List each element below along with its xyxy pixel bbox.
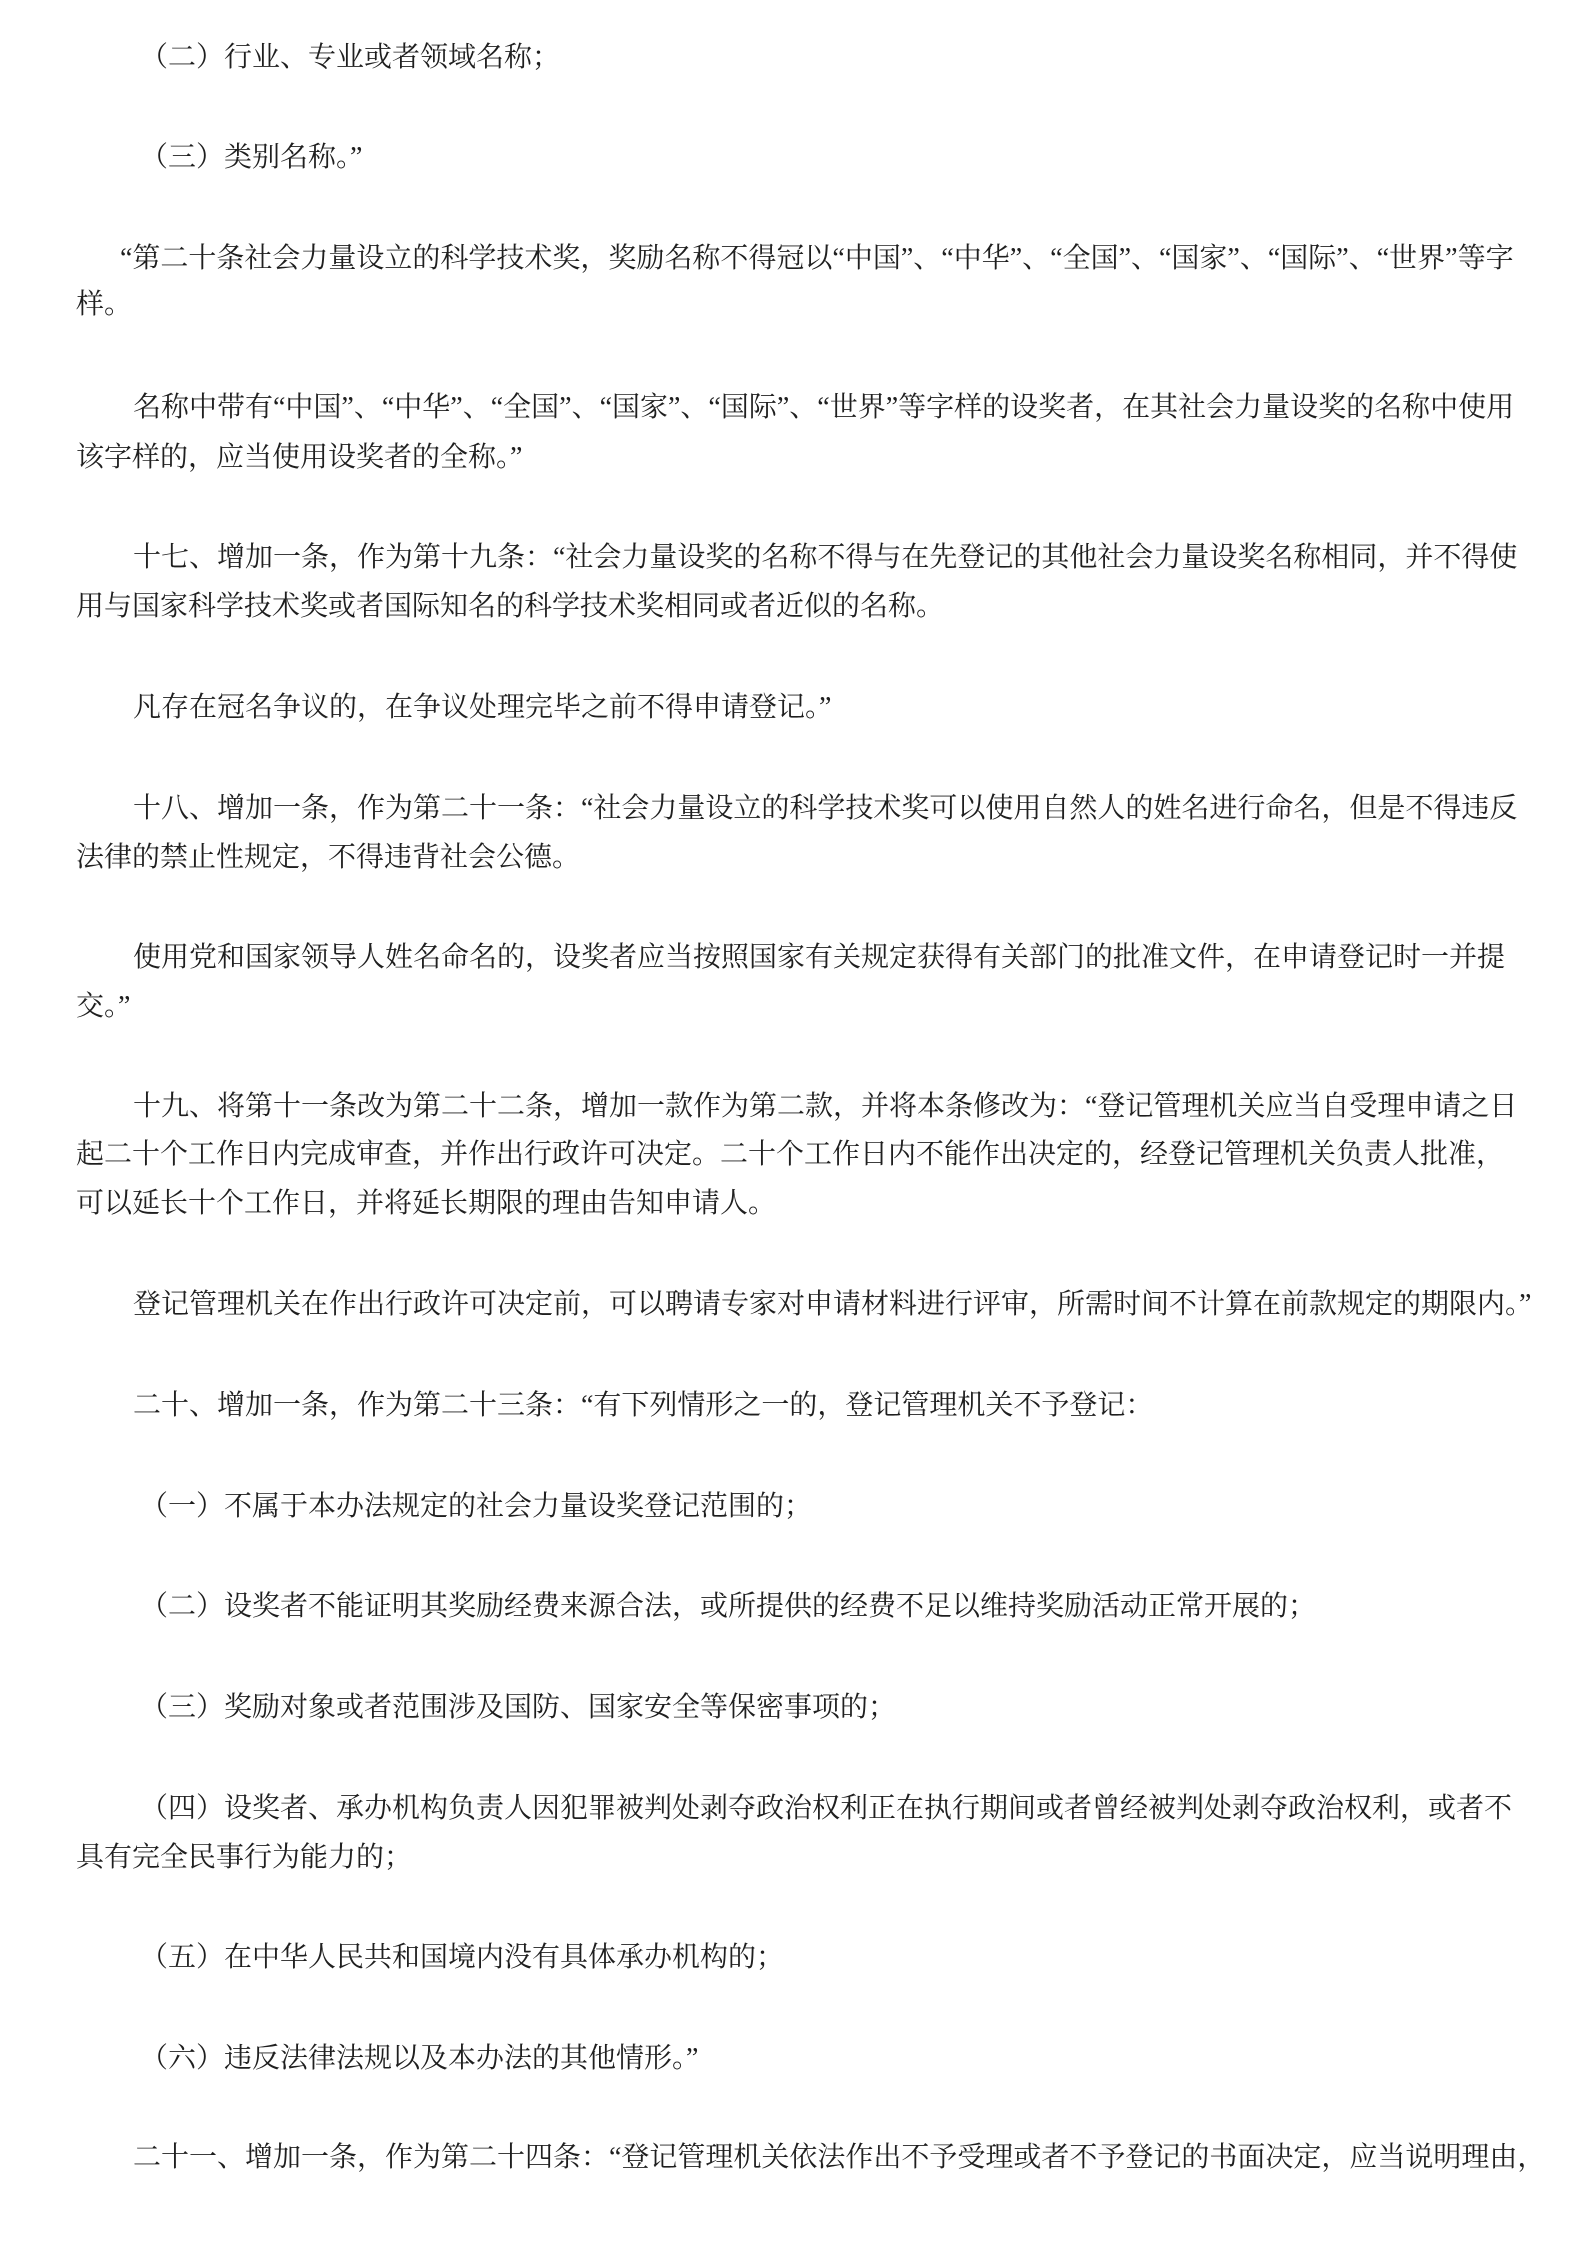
paragraph-line: 十九、将第十一条改为第二十二条，增加一款作为第二款，并将本条修改为：“登记管理机… [133, 1087, 1573, 1127]
paragraph-line: 二十、增加一条，作为第二十三条：“有下列情形之一的，登记管理机关不予登记： [133, 1386, 1573, 1426]
paragraph-line: 使用党和国家领导人姓名命名的，设奖者应当按照国家有关规定获得有关部门的批准文件，… [133, 938, 1573, 978]
paragraph-line: 名称中带有“中国”、“中华”、“全国”、“国家”、“国际”、“世界”等字样的设奖… [133, 388, 1573, 428]
list-item: （五）在中华人民共和国境内没有具体承办机构的； [140, 1938, 1580, 1978]
paragraph-line: 法律的禁止性规定，不得违背社会公德。 [76, 838, 1516, 878]
paragraph-line: 二十一、增加一条，作为第二十四条：“登记管理机关依法作出不予受理或者不予登记的书… [133, 2138, 1573, 2178]
list-item: （三）奖励对象或者范围涉及国防、国家安全等保密事项的； [140, 1688, 1580, 1728]
paragraph-line: 起二十个工作日内完成审查，并作出行政许可决定。二十个工作日内不能作出决定的，经登… [76, 1135, 1516, 1175]
paragraph-line: 可以延长十个工作日，并将延长期限的理由告知申请人。 [76, 1184, 1516, 1224]
list-item: （二）行业、专业或者领域名称； [140, 38, 1580, 78]
paragraph-line: 凡存在冠名争议的，在争议处理完毕之前不得申请登记。” [133, 688, 1573, 728]
list-item: （六）违反法律法规以及本办法的其他情形。” [140, 2039, 1580, 2079]
paragraph-line: “第二十条社会力量设立的科学技术奖，奖励名称不得冠以“中国”、“中华”、“全国”… [120, 239, 1560, 279]
paragraph-line: 用与国家科学技术奖或者国际知名的科学技术奖相同或者近似的名称。 [76, 587, 1516, 627]
paragraph-line: 该字样的，应当使用设奖者的全称。” [76, 438, 1516, 478]
list-item: 具有完全民事行为能力的； [76, 1838, 1516, 1878]
list-item: （三）类别名称。” [140, 138, 1580, 178]
paragraph-line: 交。” [76, 987, 1516, 1027]
paragraph-line: 样。 [76, 285, 1516, 325]
paragraph-line: 登记管理机关在作出行政许可决定前，可以聘请专家对申请材料进行评审，所需时间不计算… [133, 1285, 1573, 1325]
paragraph-line: 十七、增加一条，作为第十九条：“社会力量设奖的名称不得与在先登记的其他社会力量设… [133, 538, 1573, 578]
list-item: （四）设奖者、承办机构负责人因犯罪被判处剥夺政治权利正在执行期间或者曾经被判处剥… [140, 1789, 1580, 1829]
list-item: （一）不属于本办法规定的社会力量设奖登记范围的； [140, 1487, 1580, 1527]
list-item: （二）设奖者不能证明其奖励经费来源合法，或所提供的经费不足以维持奖励活动正常开展… [140, 1587, 1580, 1627]
document-page: （二）行业、专业或者领域名称； （三）类别名称。” “第二十条社会力量设立的科学… [0, 0, 1587, 2245]
paragraph-line: 十八、增加一条，作为第二十一条：“社会力量设立的科学技术奖可以使用自然人的姓名进… [133, 789, 1573, 829]
